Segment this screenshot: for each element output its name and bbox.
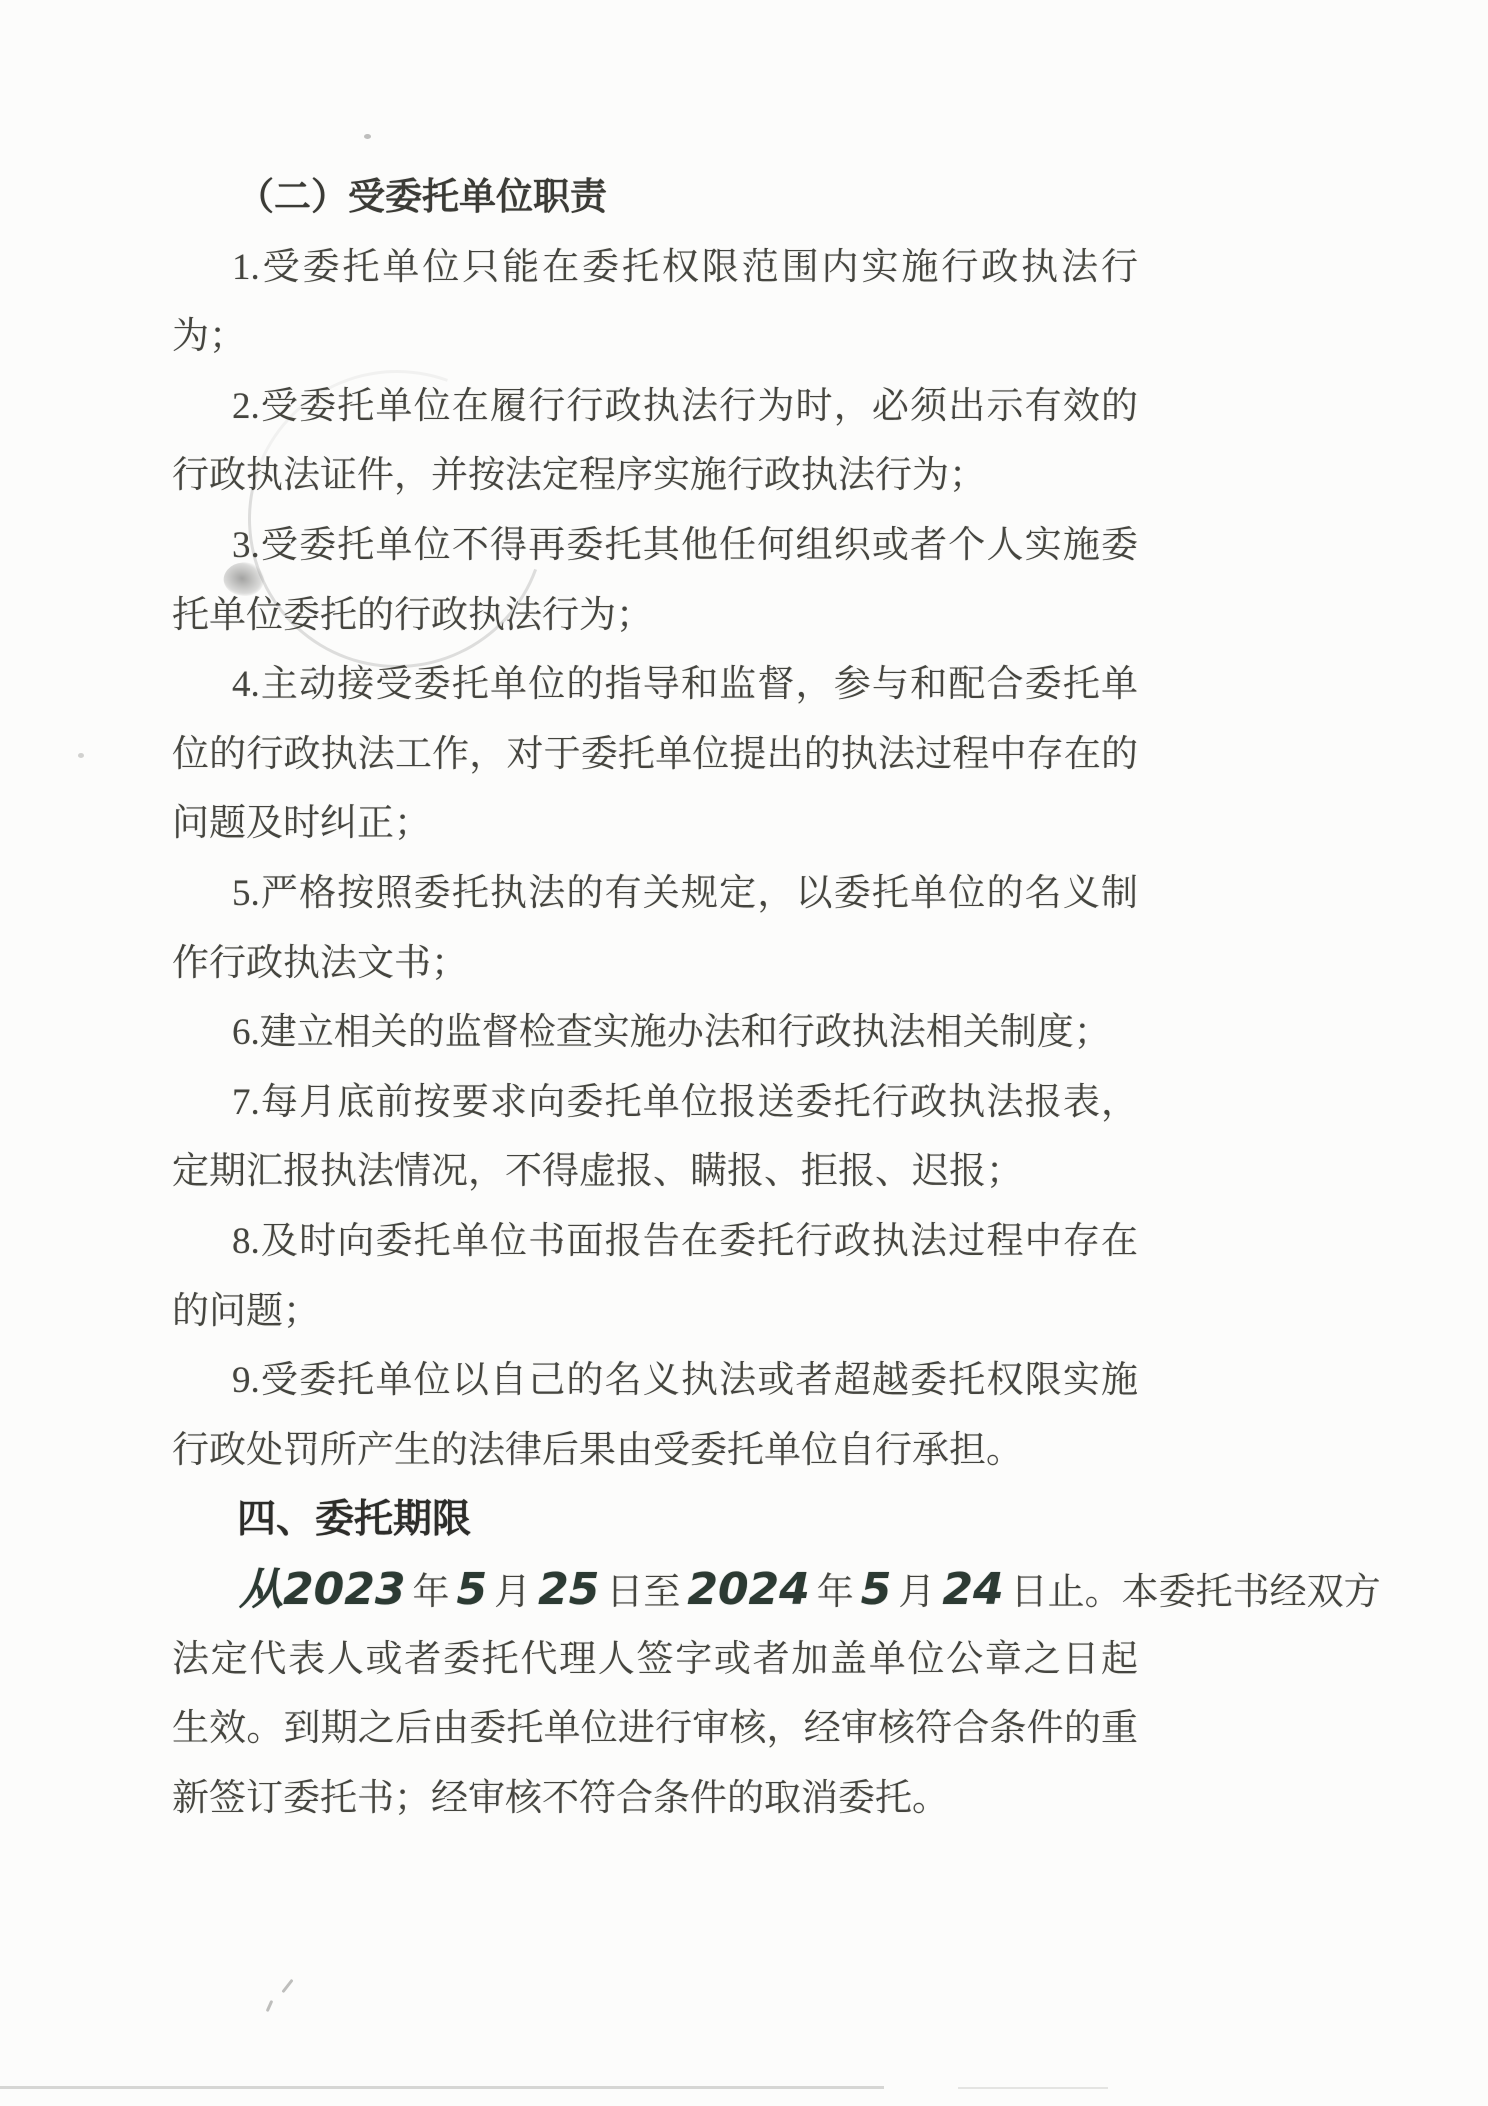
text-line: 行政处罚所产生的法律后果由受委托单位自行承担。 — [172, 1425, 1023, 1483]
text-line: 位的行政执法工作，对于委托单位提出的执法过程中存在的 — [172, 729, 1138, 787]
text-line: 8.及时向委托单位书面报告在委托行政执法过程中存在 — [232, 1216, 1138, 1274]
text-line: 1.受委托单位只能在委托权限范围内实施行政执法行 — [232, 242, 1138, 300]
scanner-edge-line — [958, 2087, 1108, 2089]
handwritten-date-value: 5 — [456, 1564, 487, 1615]
section-heading: 四、委托期限 — [237, 1494, 471, 1552]
text-line: 从2023年5月25日至2024年5月24日止。本委托书经双方 — [232, 1564, 1381, 1622]
handwritten-date-value: 2024 — [687, 1564, 809, 1615]
text-line: 5.严格按照委托执法的有关规定，以委托单位的名义制 — [232, 868, 1138, 926]
printed-text: 月 — [494, 1572, 531, 1613]
text-line: 问题及时纠正； — [172, 798, 431, 856]
handwritten-date-value: 从2023 — [239, 1564, 405, 1615]
printed-text: 日止。本委托书经双方 — [1011, 1572, 1381, 1613]
text-line: 6.建立相关的监督检查实施办法和行政执法相关制度； — [232, 1007, 1111, 1065]
pen-mark — [266, 2000, 274, 2012]
text-line: 作行政执法文书； — [172, 938, 468, 996]
text-line: 法定代表人或者委托代理人签字或者加盖单位公章之日起 — [172, 1634, 1138, 1692]
scanned-document-page: （二）受委托单位职责1.受委托单位只能在委托权限范围内实施行政执法行为；2.受委… — [0, 0, 1488, 2106]
text-line: 为； — [172, 311, 246, 369]
printed-text: 年 — [817, 1572, 854, 1613]
scan-speck — [364, 134, 371, 139]
text-line: 的问题； — [172, 1286, 320, 1344]
text-line: 4.主动接受委托单位的指导和监督，参与和配合委托单 — [232, 659, 1138, 717]
pen-mark — [281, 1979, 293, 1993]
text-line: 生效。到期之后由委托单位进行审核，经审核符合条件的重 — [172, 1703, 1138, 1761]
printed-text: 年 — [412, 1572, 449, 1613]
handwritten-date-value: 25 — [538, 1564, 599, 1615]
printed-text: 月 — [898, 1572, 935, 1613]
handwritten-date-value: 24 — [942, 1564, 1003, 1615]
text-line: 2.受委托单位在履行行政执法行为时，必须出示有效的 — [232, 381, 1138, 439]
text-line: 行政执法证件，并按法定程序实施行政执法行为； — [172, 450, 986, 508]
text-line: 9.受委托单位以自己的名义执法或者超越委托权限实施 — [232, 1355, 1138, 1413]
handwritten-date-value: 5 — [861, 1564, 892, 1615]
text-line: 3.受委托单位不得再委托其他任何组织或者个人实施委 — [232, 520, 1138, 578]
text-line: 新签订委托书；经审核不符合条件的取消委托。 — [172, 1773, 949, 1831]
section-heading: （二）受委托单位职责 — [237, 172, 607, 230]
printed-text: 日至 — [606, 1572, 680, 1613]
text-line: 定期汇报执法情况，不得虚报、瞒报、拒报、迟报； — [172, 1146, 1023, 1204]
scanner-edge-line — [0, 2086, 884, 2089]
text-line: 7.每月底前按要求向委托单位报送委托行政执法报表， — [232, 1077, 1138, 1135]
scan-speck — [78, 753, 84, 758]
text-line: 托单位委托的行政执法行为； — [172, 590, 653, 648]
